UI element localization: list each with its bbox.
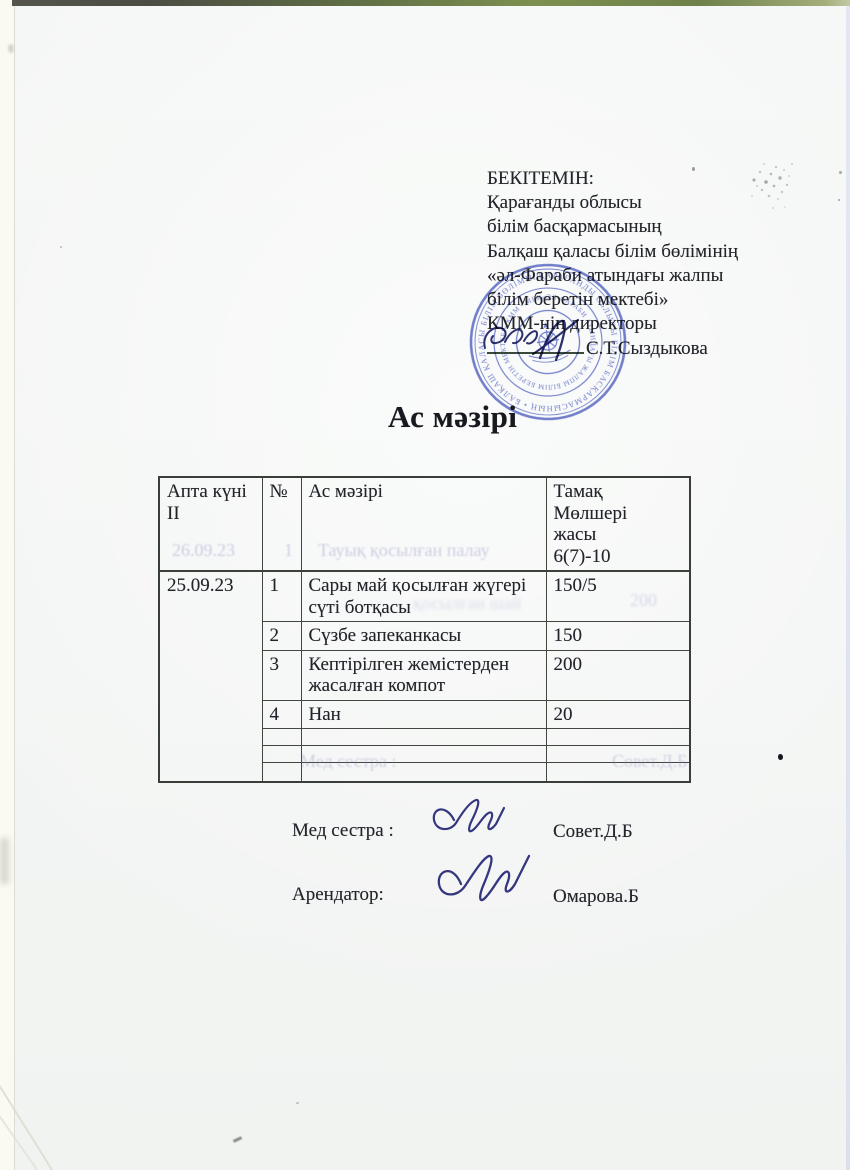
header-portion-line: жасы — [554, 524, 683, 546]
amount-cell: 20 — [546, 700, 690, 729]
header-weekday-line: II — [167, 503, 255, 525]
scanner-top-edge — [12, 0, 850, 6]
paper-speck — [838, 199, 840, 201]
row-number — [262, 729, 301, 746]
approval-line: Қарағанды облысы — [487, 191, 738, 215]
amount-cell — [546, 729, 690, 746]
header-portion-line: Мөлшері — [554, 503, 683, 525]
row-number: 3 — [262, 650, 301, 700]
approval-line: БЕКІТЕМІН: — [487, 167, 738, 191]
scanner-left-edge — [0, 0, 15, 1170]
header-portion: Тамақ Мөлшері жасы 6(7)-10 — [546, 477, 690, 571]
dish-cell: Нан — [301, 700, 546, 729]
date-cell: 25.09.23 — [159, 571, 262, 782]
row-number: 4 — [262, 700, 301, 729]
bleed-through-text: 1 — [284, 540, 293, 561]
header-portion-line: 6(7)-10 — [554, 546, 683, 568]
amount-cell: 150/5 — [546, 571, 690, 622]
tenant-signature-ink — [427, 846, 545, 910]
dish-cell — [301, 729, 546, 746]
paper-speck — [296, 1102, 299, 1104]
header-weekday-line: Апта күні — [167, 481, 255, 503]
pencil-mark — [233, 1136, 242, 1143]
row-number: 2 — [262, 622, 301, 651]
director-signature-ink — [477, 314, 599, 366]
ink-dot — [778, 754, 783, 760]
paper-speck — [839, 171, 842, 174]
row-number — [262, 746, 301, 763]
bleed-through-text: Совет.Д.Б — [612, 751, 688, 772]
row-number — [262, 763, 301, 782]
pencil-scribble — [740, 152, 810, 218]
bleed-through-text: 26.09.23 — [172, 540, 235, 561]
amount-cell: 200 — [546, 650, 690, 700]
paper-speck — [60, 246, 62, 248]
bleed-through-text: қосылған шай — [413, 593, 521, 614]
nurse-name: Совет.Д.Б — [553, 821, 633, 843]
header-portion-line: Тамақ — [554, 481, 683, 503]
scanned-menu-document: БЕКІТЕМІН: Қарағанды облысы білім басқар… — [0, 0, 850, 1170]
row-number: 1 — [262, 571, 301, 622]
paper-speck — [8, 44, 14, 53]
tenant-label: Арендатор: — [292, 884, 384, 906]
nurse-label: Мед сестра : — [292, 820, 394, 842]
dish-cell: Сүзбе запеканкасы — [301, 622, 546, 651]
header-number: № — [262, 477, 301, 571]
approval-line: білім басқармасының — [487, 215, 738, 239]
bleed-through-text: Тауық қосылған палау — [318, 540, 490, 561]
nurse-signature-ink — [424, 790, 519, 842]
menu-table: Апта күні II № Ас мәзірі Тамақ Мөлшері ж… — [158, 476, 691, 783]
amount-cell: 150 — [546, 622, 690, 651]
ink-smudge — [0, 838, 9, 884]
bleed-through-text: 200 — [630, 590, 657, 611]
scanner-right-edge — [846, 6, 850, 1170]
page-title: Ас мәзірі — [388, 399, 517, 435]
dish-cell: Кептірілген жемістерден жасалған компот — [301, 650, 546, 700]
bleed-through-text: Мед сестра : — [300, 751, 396, 772]
tenant-name: Омарова.Б — [553, 886, 639, 908]
